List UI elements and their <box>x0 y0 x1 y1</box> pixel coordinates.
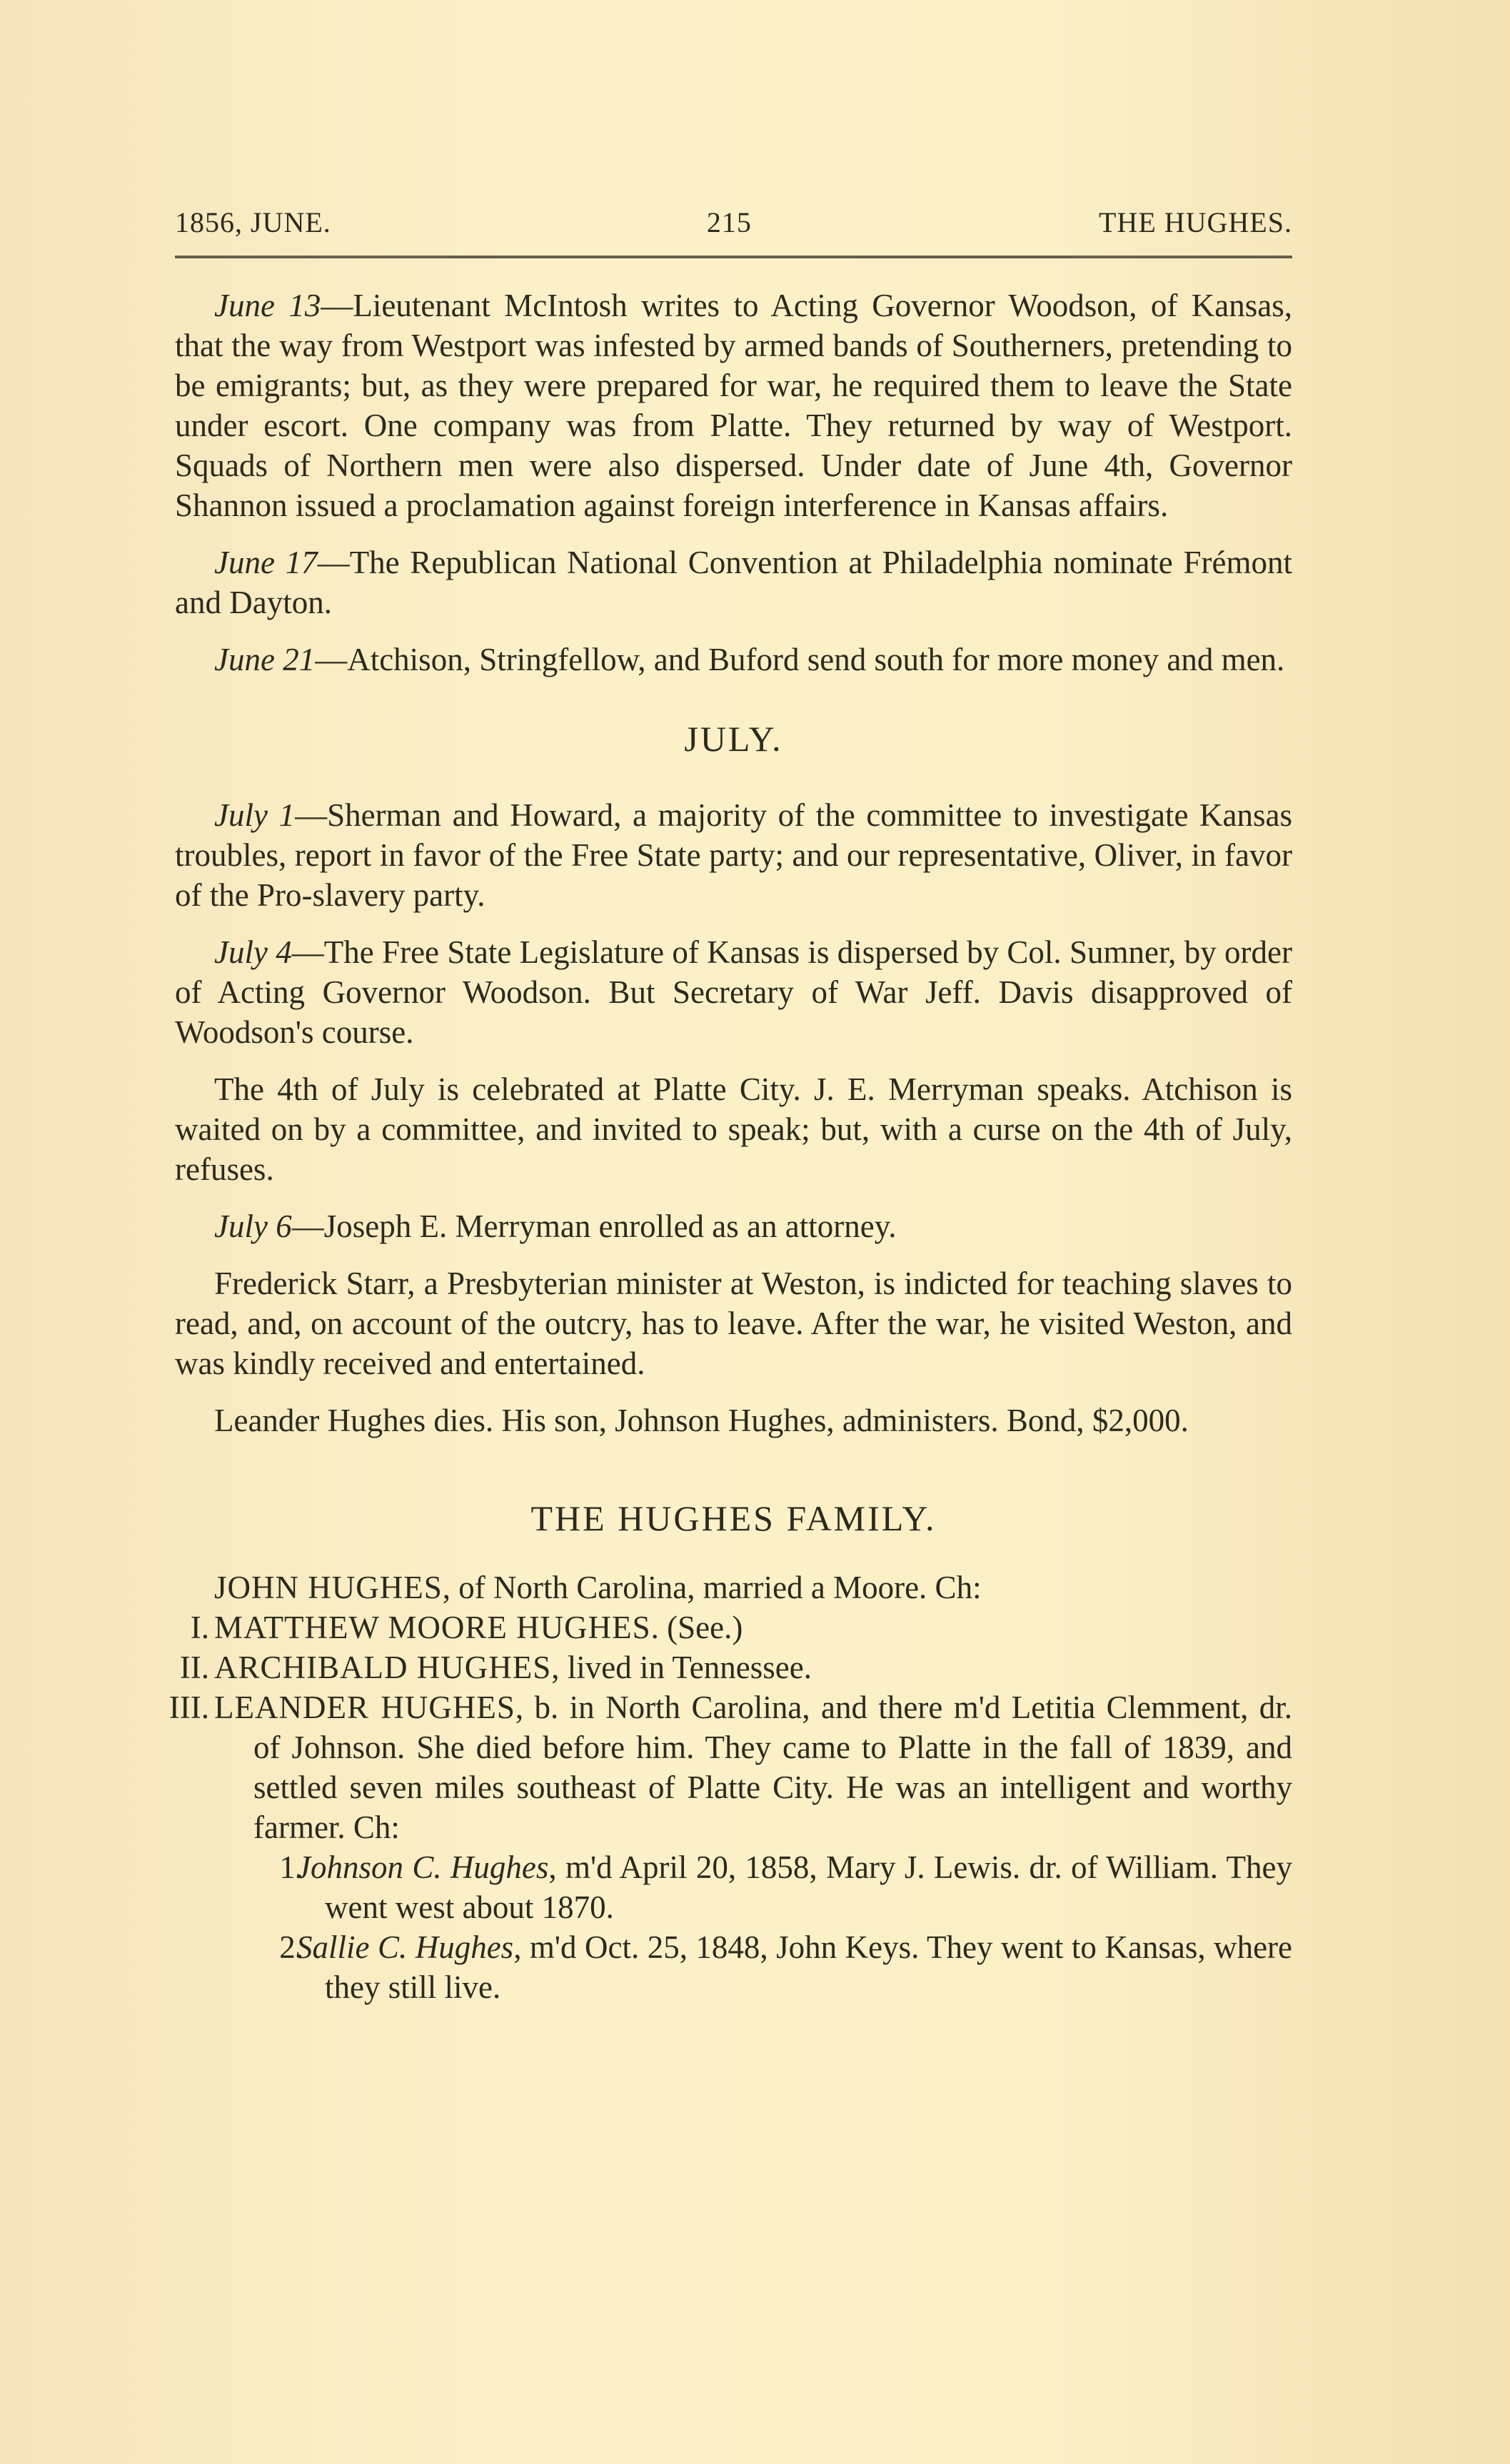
child-entry-3: III.LEANDER HUGHES, b. in North Carolina… <box>175 1687 1292 1847</box>
person-name: JOHN HUGHES <box>214 1570 443 1605</box>
entry-text: Leander Hughes dies. His son, Johnson Hu… <box>214 1403 1189 1438</box>
running-head-left: 1856, JUNE. <box>175 206 331 239</box>
child-number: III. <box>161 1687 209 1727</box>
entry-date: June 13 <box>214 288 321 323</box>
section-heading-hughes-family: THE HUGHES FAMILY. <box>175 1498 1292 1539</box>
entry-text: The 4th of July is celebrated at Platte … <box>175 1071 1292 1187</box>
entry-july-1: July 1—Sherman and Howard, a majority of… <box>175 795 1292 915</box>
entry-text: —The Free State Legislature of Kansas is… <box>175 934 1292 1050</box>
entry-text: Frederick Starr, a Presbyterian minister… <box>175 1266 1292 1381</box>
person-text: , of North Carolina, married a Moore. Ch… <box>443 1570 982 1605</box>
entry-date: June 21 <box>214 642 315 677</box>
entry-july-6: July 6—Joseph E. Merryman enrolled as an… <box>175 1206 1292 1246</box>
page-number: 215 <box>707 206 752 239</box>
child-entry-1: I.MATTHEW MOORE HUGHES. (See.) <box>175 1607 1292 1647</box>
grandchild-entry-1: 1.Johnson C. Hughes, m'd April 20, 1858,… <box>175 1847 1292 1927</box>
entry-june-17: June 17—The Republican National Conventi… <box>175 542 1292 622</box>
entry-leander-hughes-dies: Leander Hughes dies. His son, Johnson Hu… <box>175 1400 1292 1440</box>
entry-date: June 17 <box>214 545 318 580</box>
child-entry-2: II.ARCHIBALD HUGHES, lived in Tennessee. <box>175 1647 1292 1687</box>
running-head: 1856, JUNE. 215 THE HUGHES. <box>175 193 1292 246</box>
child-number: I. <box>161 1607 209 1647</box>
entry-july-4: July 4—The Free State Legislature of Kan… <box>175 932 1292 1052</box>
entry-frederick-starr: Frederick Starr, a Presbyterian minister… <box>175 1263 1292 1383</box>
grandchild-entry-2: 2.Sallie C. Hughes, m'd Oct. 25, 1848, J… <box>175 1927 1292 2007</box>
entry-text: —The Republican National Convention at P… <box>175 545 1292 620</box>
genealogy: JOHN HUGHES, of North Carolina, married … <box>175 1567 1292 2007</box>
child-number: II. <box>161 1647 209 1687</box>
person-text: , lived in Tennessee. <box>551 1650 812 1685</box>
running-head-right: THE HUGHES. <box>1099 206 1292 239</box>
entry-text: —Lieutenant McIntosh writes to Acting Go… <box>175 288 1292 523</box>
entry-text: —Sherman and Howard, a majority of the c… <box>175 797 1292 913</box>
genealogy-progenitor: JOHN HUGHES, of North Carolina, married … <box>175 1567 1292 1607</box>
person-name: MATTHEW MOORE HUGHES <box>214 1610 651 1645</box>
person-text: . (See.) <box>651 1610 743 1645</box>
person-name: LEANDER HUGHES <box>214 1690 515 1725</box>
section-heading-july: JULY. <box>175 718 1292 759</box>
person-name: Johnson C. Hughes <box>296 1849 548 1885</box>
grandchild-number: 1. <box>253 1847 303 1887</box>
person-name: Sallie C. Hughes <box>296 1929 513 1965</box>
entry-date: July 6 <box>214 1208 292 1244</box>
entry-june-13: June 13—Lieutenant McIntosh writes to Ac… <box>175 286 1292 525</box>
person-name: ARCHIBALD HUGHES <box>214 1650 551 1685</box>
entry-text: —Joseph E. Merryman enrolled as an attor… <box>292 1208 897 1244</box>
entry-june-21: June 21—Atchison, Stringfellow, and Bufo… <box>175 640 1292 680</box>
book-page: 1856, JUNE. 215 THE HUGHES. June 13—Lieu… <box>175 193 1292 2007</box>
header-rule <box>175 256 1292 258</box>
entry-date: July 4 <box>214 934 292 970</box>
entry-text: —Atchison, Stringfellow, and Buford send… <box>315 642 1284 677</box>
grandchild-number: 2. <box>253 1927 303 1967</box>
entry-date: July 1 <box>214 797 295 833</box>
entry-july-4-celebration: The 4th of July is celebrated at Platte … <box>175 1069 1292 1189</box>
